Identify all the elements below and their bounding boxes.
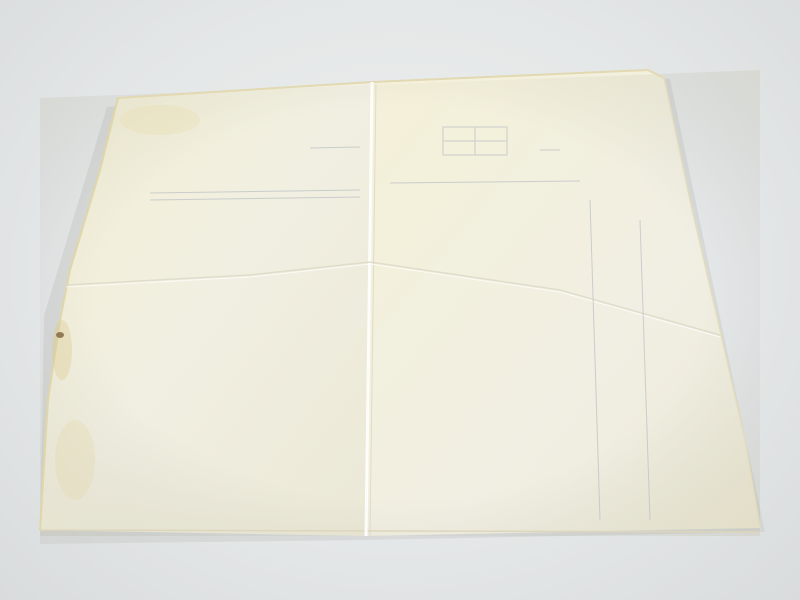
folded-paper <box>0 0 800 600</box>
photo-scene <box>0 0 800 600</box>
